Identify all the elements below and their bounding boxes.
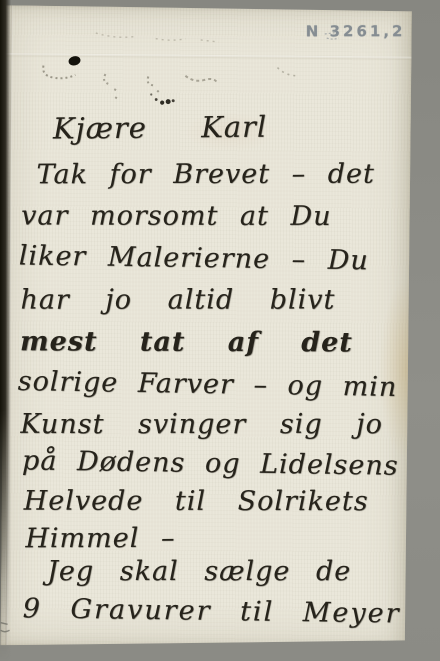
letter-line: Kunst svinger sig jo bbox=[20, 409, 383, 440]
letter-line: liker Malerierne – Du bbox=[19, 240, 369, 276]
letter-line-salutation: Kjære Karl bbox=[53, 110, 268, 146]
letter-line: mest tat af det bbox=[20, 326, 353, 358]
letter-line: har jo altid blivt bbox=[20, 285, 335, 316]
letter-paper: N 3261,2 Kjære Karl Tak for Brevet – det… bbox=[0, 5, 412, 649]
letter-line: Tak for Brevet – det bbox=[37, 159, 375, 191]
letter-line: solrige Farver – og min bbox=[17, 366, 397, 403]
letter-line: var morsomt at Du bbox=[21, 200, 331, 232]
letter-line: på Dødens og Lidelsens bbox=[22, 445, 399, 481]
letter-line: Himmel – bbox=[25, 523, 175, 554]
letter-line: Helvede til Solrikets bbox=[24, 486, 369, 518]
letter-line: Jeg skal sælge de bbox=[47, 556, 351, 587]
scanned-letter-page: N 3261,2 Kjære Karl Tak for Brevet – det… bbox=[0, 0, 440, 661]
letter-line: 9 Gravurer til Meyer for bbox=[23, 593, 440, 630]
page-spine-shadow bbox=[0, 0, 11, 661]
handwritten-text: Kjære Karl Tak for Brevet – det var mors… bbox=[0, 5, 412, 649]
